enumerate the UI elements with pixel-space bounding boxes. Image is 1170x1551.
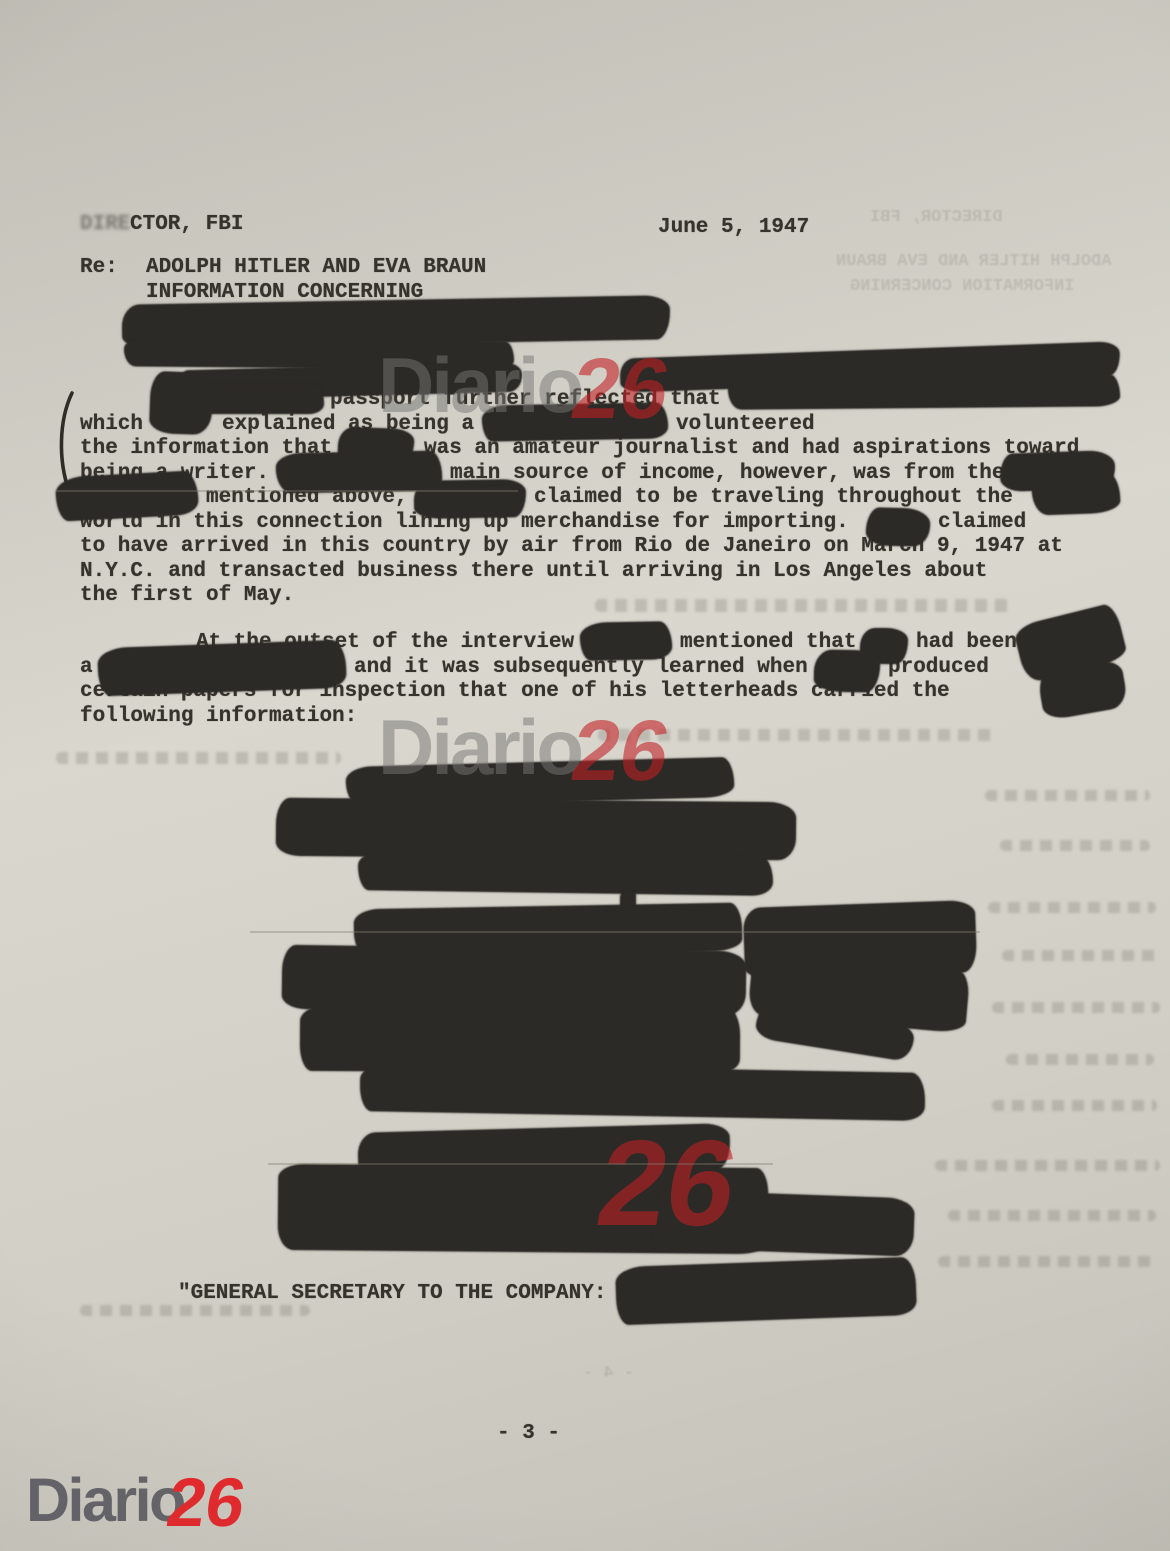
scan-fold-line — [56, 490, 518, 492]
bleed-through-smudge — [80, 1305, 310, 1316]
typewritten-text: main source of income, however, was from… — [450, 462, 1005, 486]
redaction-mark — [414, 479, 527, 519]
bleed-through-text: DIRECTOR, FBI — [870, 208, 1003, 228]
typewritten-text: - 3 - — [497, 1422, 560, 1446]
scan-fold-line — [268, 1163, 773, 1165]
typewritten-text: and it was subsequently learned when — [354, 656, 808, 680]
addressee-line: CTOR, FBI — [130, 213, 243, 237]
typewritten-text: volunteered — [676, 413, 815, 437]
scan-fold-line — [250, 931, 980, 933]
bleed-through-smudge — [1002, 950, 1160, 961]
redaction-mark — [728, 374, 1120, 409]
redaction-mark — [866, 507, 931, 547]
bleed-through-smudge — [56, 752, 341, 764]
redaction-mark — [1031, 472, 1120, 515]
logo-diario-text: Diario — [26, 1466, 184, 1534]
redaction-mark — [358, 850, 774, 896]
typewritten-text: had been — [916, 631, 1017, 655]
typewritten-text: produced — [888, 656, 989, 680]
redaction-mark — [97, 640, 347, 697]
typewritten-text: "GENERAL SECRETARY TO THE COMPANY: — [178, 1282, 606, 1306]
bleed-through-smudge — [985, 790, 1150, 801]
bleed-through-smudge — [948, 1210, 1156, 1221]
redaction-mark — [360, 1063, 926, 1121]
typewritten-text: the first of May. — [80, 584, 294, 608]
redaction-mark — [580, 621, 673, 661]
bleed-through-text: - 4 - — [583, 1364, 634, 1384]
addressee-line-damaged: DIRE — [80, 213, 130, 237]
diario26-logo: Diario26 — [26, 1468, 245, 1537]
bleed-through-smudge — [595, 599, 1010, 612]
bleed-through-smudge — [992, 1002, 1160, 1013]
bleed-through-smudge — [598, 729, 998, 741]
date: June 5, 1947 — [658, 216, 809, 240]
typewritten-text: which — [80, 413, 143, 437]
redaction-mark — [651, 1189, 915, 1256]
typewritten-text: following information: — [80, 705, 357, 729]
redaction-mark — [55, 470, 199, 521]
redaction-mark — [276, 798, 796, 861]
redaction-mark — [482, 402, 669, 441]
typewritten-text: claimed — [938, 511, 1026, 535]
redaction-mark — [814, 649, 881, 692]
scanned-fbi-memo-page: DIRE CTOR, FBI June 5, 1947 Re: ADOLPH H… — [0, 0, 1170, 1551]
bleed-through-smudge — [1006, 1054, 1154, 1065]
redaction-mark — [300, 1005, 740, 1073]
bleed-through-smudge — [992, 1100, 1157, 1111]
re-label: Re: — [80, 256, 118, 280]
redaction-mark — [615, 1257, 917, 1325]
logo-26-text: 26 — [162, 1468, 250, 1537]
bleed-through-smudge — [938, 1256, 1153, 1267]
bleed-through-smudge — [988, 902, 1156, 913]
redaction-mark — [149, 371, 213, 435]
bleed-through-text: ADOLPH HITLER AND EVA BRAUN — [836, 252, 1111, 272]
bleed-through-text: INFORMATION CONCERNING — [850, 277, 1074, 297]
typewritten-text: a — [80, 656, 93, 680]
typewritten-text: N.Y.C. and transacted business there unt… — [80, 560, 987, 584]
typewritten-text: claimed to be traveling throughout the — [534, 486, 1013, 510]
bleed-through-smudge — [935, 1160, 1160, 1171]
bleed-through-smudge — [1000, 840, 1150, 851]
re-subject-line1: ADOLPH HITLER AND EVA BRAUN — [146, 256, 486, 280]
